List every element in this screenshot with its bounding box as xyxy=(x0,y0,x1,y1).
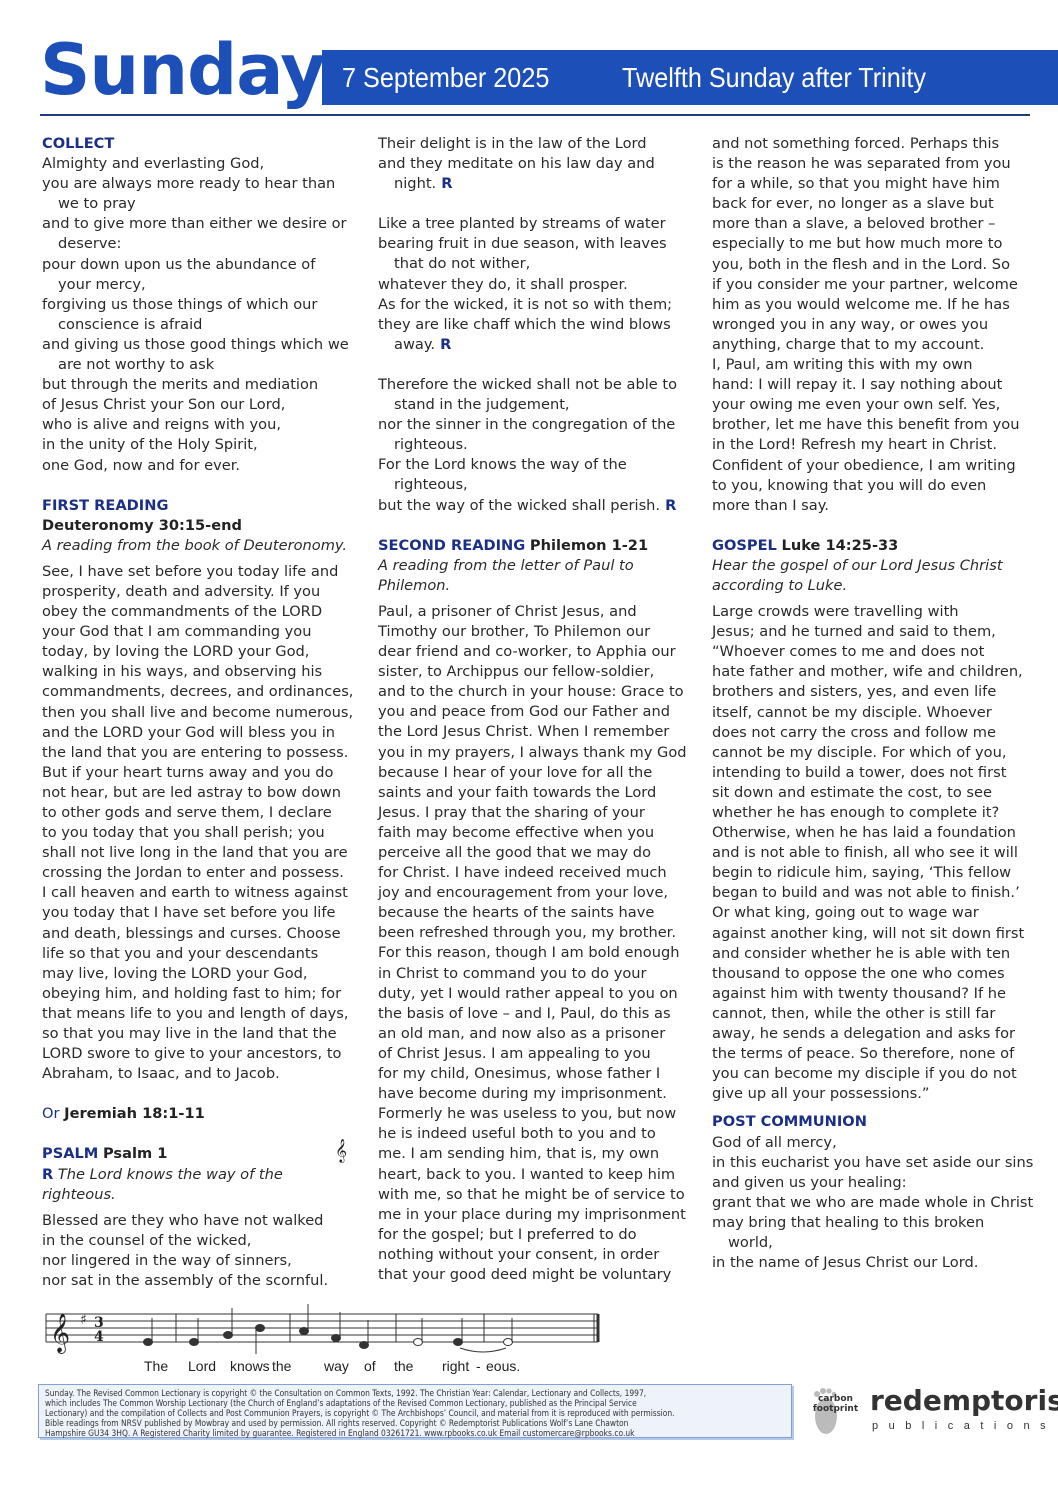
collect-line: forgiving us those things of which our xyxy=(42,295,367,315)
gospel-line: cannot be my disciple. For which of you, xyxy=(712,743,1032,763)
collect-line: one God, now and for ever. xyxy=(42,456,367,476)
reading-line: dear friend and co-worker, to Apphia our xyxy=(378,642,693,662)
liturgical-occasion: Twelfth Sunday after Trinity xyxy=(622,62,926,94)
second-reading-heading: SECOND READING xyxy=(378,537,525,554)
reading-line: today, by loving the LORD your God, xyxy=(42,642,367,662)
reading-line: crossing the Jordan to enter and possess… xyxy=(42,863,367,883)
reading-line: For this reason, though I am bold enough xyxy=(378,943,693,963)
alternative-reference: Jeremiah 18:1-11 xyxy=(64,1105,205,1122)
reading-line: joy and encouragement from your love, xyxy=(378,883,693,903)
psalm-stanza-3: Like a tree planted by streams of waterb… xyxy=(378,214,693,355)
collect-line: we to pray xyxy=(42,194,367,214)
reading-line: have become during my imprisonment. xyxy=(378,1084,693,1104)
gospel-intro-1: Hear the gospel of our Lord Jesus Christ xyxy=(712,556,1032,576)
music-staff-icon: 𝄞 ♯ 3 4 xyxy=(42,1300,602,1360)
collect-line: Almighty and everlasting God, xyxy=(42,154,367,174)
reading-line: heart, back to you. I wanted to keep him xyxy=(378,1165,693,1185)
lyric-word: Lord xyxy=(188,1358,216,1374)
first-reading-intro: A reading from the book of Deuteronomy. xyxy=(42,536,367,556)
column-1: COLLECT Almighty and everlasting God,you… xyxy=(42,134,367,1291)
reading-line: with me, so that he might be of service … xyxy=(378,1185,693,1205)
carbon-footprint-label: carbon footprint xyxy=(808,1394,863,1414)
collect-line: but through the merits and mediation xyxy=(42,375,367,395)
collect-line: conscience is afraid xyxy=(42,315,367,335)
gospel-line: cannot, then, while the other is still f… xyxy=(712,1004,1032,1024)
reading-line: of Christ Jesus. I am appealing to you xyxy=(378,1044,693,1064)
reading-line: because the hearts of the saints have xyxy=(378,903,693,923)
lyric-hyphen: - xyxy=(476,1358,481,1374)
copyright-line: Bible readings from NRSV published by Mo… xyxy=(45,1418,785,1428)
post-communion-text: God of all mercy,in this eucharist you h… xyxy=(712,1133,1032,1274)
lyric-word: right xyxy=(442,1358,469,1374)
second-reading-heading-row: SECOND READING Philemon 1-21 xyxy=(378,536,693,556)
response-text-2: righteous. xyxy=(42,1185,367,1205)
reading-line: wronged you in any way, or owes you xyxy=(712,315,1032,335)
reading-line: him as you would welcome me. If he has xyxy=(712,295,1032,315)
reading-line: obey the commandments of the LORD xyxy=(42,602,367,622)
psalm-line: righteous, xyxy=(378,475,693,495)
gospel-line: against another king, will not sit down … xyxy=(712,924,1032,944)
reading-line: the basis of love – and I, Paul, do this… xyxy=(378,1004,693,1024)
psalm-heading-row: PSALM Psalm 1 𝄞 xyxy=(42,1144,367,1164)
reading-line: prosperity, death and adversity. If you xyxy=(42,582,367,602)
reading-line: in Christ to command you to do your xyxy=(378,964,693,984)
psalm-stanza-2: Their delight is in the law of the Lorda… xyxy=(378,134,693,194)
gospel-line: you can become my disciple if you do not xyxy=(712,1064,1032,1084)
title-banner: 7 September 2025 Twelfth Sunday after Tr… xyxy=(322,50,1058,105)
reading-line: sister, to Archippus our fellow-soldier, xyxy=(378,662,693,682)
reading-line: anything, charge that to my account. xyxy=(712,335,1032,355)
reading-line: is the reason he was separated from you xyxy=(712,154,1032,174)
reading-line: you in my prayers, I always thank my God xyxy=(378,743,693,763)
reading-line: if you consider me your partner, welcome xyxy=(712,275,1032,295)
reading-line: your owing me even your own self. Yes, xyxy=(712,395,1032,415)
reading-line: LORD swore to give to your ancestors, to xyxy=(42,1044,367,1064)
response-marker: R xyxy=(42,1166,53,1183)
column-3: and not something forced. Perhaps thisis… xyxy=(712,134,1032,1273)
reading-line: life so that you and your descendants xyxy=(42,944,367,964)
reading-line: so that you may live in the land that th… xyxy=(42,1024,367,1044)
gospel-line: hate father and mother, wife and childre… xyxy=(712,662,1032,682)
prayer-line: in the name of Jesus Christ our Lord. xyxy=(712,1253,1032,1273)
gospel-line: does not carry the cross and follow me xyxy=(712,723,1032,743)
treble-clef-icon: 𝄞 xyxy=(335,1140,347,1160)
collect-line: in the unity of the Holy Spirit, xyxy=(42,435,367,455)
collect-heading: COLLECT xyxy=(42,134,367,154)
collect-line: pour down upon us the abundance of xyxy=(42,255,367,275)
publisher-logo: carbon footprint redemptorist publicatio… xyxy=(808,1384,1038,1444)
response-marker: R xyxy=(436,175,452,192)
psalm-verses-1: Blessed are they who have not walkedin t… xyxy=(42,1211,367,1291)
collect-line: who is alive and reigns with you, xyxy=(42,415,367,435)
collect-line: you are always more ready to hear than xyxy=(42,174,367,194)
day-title: Sunday xyxy=(40,30,325,110)
reading-line: me in your place during my imprisonment xyxy=(378,1205,693,1225)
reading-line: and the LORD your God will bless you in xyxy=(42,723,367,743)
reading-line: to you, knowing that you will do even xyxy=(712,476,1032,496)
reading-line: because I hear of your love for all the xyxy=(378,763,693,783)
gospel-line: whether he has enough to complete it? xyxy=(712,803,1032,823)
psalm-line: As for the wicked, it is not so with the… xyxy=(378,295,693,315)
second-reading-intro-2: Philemon. xyxy=(378,576,693,596)
publisher-name: redemptorist xyxy=(870,1384,1058,1417)
reading-line: an old man, and now also as a prisoner xyxy=(378,1024,693,1044)
service-date: 7 September 2025 xyxy=(342,62,549,94)
gospel-line: sit down and estimate the cost, to see xyxy=(712,783,1032,803)
first-reading-text: See, I have set before you today life an… xyxy=(42,562,367,1084)
response-marker: R xyxy=(660,497,676,514)
psalm-line: Blessed are they who have not walked xyxy=(42,1211,367,1231)
alternative-reading: Or Jeremiah 18:1-11 xyxy=(42,1104,367,1124)
reading-line: hand: I will repay it. I say nothing abo… xyxy=(712,375,1032,395)
reading-line: may live, loving the LORD your God, xyxy=(42,964,367,984)
reading-line: walking in his ways, and observing his xyxy=(42,662,367,682)
reading-line: commandments, decrees, and ordinances, xyxy=(42,682,367,702)
reading-line: Abraham, to Isaac, and to Jacob. xyxy=(42,1064,367,1084)
reading-line: Confident of your obedience, I am writin… xyxy=(712,456,1032,476)
reading-line: for the gospel; but I preferred to do xyxy=(378,1225,693,1245)
gospel-intro-2: according to Luke. xyxy=(712,576,1032,596)
reading-line: nothing without your consent, in order xyxy=(378,1245,693,1265)
reading-line: and to the church in your house: Grace t… xyxy=(378,682,693,702)
reading-line: that your good deed might be voluntary xyxy=(378,1265,693,1285)
alternative-prefix: Or xyxy=(42,1105,60,1122)
gospel-line: and consider whether he is able with ten xyxy=(712,944,1032,964)
reading-line: Timothy our brother, To Philemon our xyxy=(378,622,693,642)
second-reading-intro-1: A reading from the letter of Paul to xyxy=(378,556,693,576)
psalm-line: bearing fruit in due season, with leaves xyxy=(378,234,693,254)
reading-line: not hear, but are led astray to bow down xyxy=(42,783,367,803)
psalm-line: they are like chaff which the wind blows xyxy=(378,315,693,335)
reading-line: been refreshed through you, my brother. xyxy=(378,923,693,943)
second-reading-text-1: Paul, a prisoner of Christ Jesus, andTim… xyxy=(378,602,693,1285)
gospel-line: the terms of peace. So therefore, none o… xyxy=(712,1044,1032,1064)
reading-line: more than a slave, a beloved brother – xyxy=(712,214,1032,234)
svg-text:♯: ♯ xyxy=(80,1312,87,1328)
page-header: Sunday 7 September 2025 Twelfth Sunday a… xyxy=(40,36,1030,116)
psalm-response-music: 𝄞 ♯ 3 4 The Lord knows the way of the ri… xyxy=(42,1300,602,1380)
gospel-line: and is not able to finish, all who see i… xyxy=(712,843,1032,863)
reading-line: saints and your faith towards the Lord xyxy=(378,783,693,803)
psalm-line: Like a tree planted by streams of water xyxy=(378,214,693,234)
psalm-response: R The Lord knows the way of the xyxy=(42,1165,367,1185)
gospel-line: away, he sends a delegation and asks for xyxy=(712,1024,1032,1044)
prayer-line: and given us your healing: xyxy=(712,1173,1032,1193)
reading-line: But if your heart turns away and you do xyxy=(42,763,367,783)
copyright-line: Lectionary) and the compilation of Colle… xyxy=(45,1408,785,1418)
gospel-line: Jesus; and he turned and said to them, xyxy=(712,622,1032,642)
gospel-heading-row: GOSPEL Luke 14:25-33 xyxy=(712,536,1032,556)
psalm-line: night. R xyxy=(378,174,693,194)
collect-line: deserve: xyxy=(42,234,367,254)
psalm-line: and they meditate on his law day and xyxy=(378,154,693,174)
reading-line: and death, blessings and curses. Choose xyxy=(42,924,367,944)
reading-line: for Christ. I have indeed received much xyxy=(378,863,693,883)
psalm-line: For the Lord knows the way of the xyxy=(378,455,693,475)
reading-line: you today that I have set before you lif… xyxy=(42,903,367,923)
psalm-line: away. R xyxy=(378,335,693,355)
column-2: Their delight is in the law of the Lorda… xyxy=(378,134,693,1285)
first-reading-heading: FIRST READING xyxy=(42,496,367,516)
psalm-line: Their delight is in the law of the Lord xyxy=(378,134,693,154)
reading-line: to other gods and serve them, I declare xyxy=(42,803,367,823)
gospel-line: brothers and sisters, yes, and even life xyxy=(712,682,1032,702)
reading-line: shall not live long in the land that you… xyxy=(42,843,367,863)
reading-line: See, I have set before you today life an… xyxy=(42,562,367,582)
reading-line: duty, yet I would rather appeal to you o… xyxy=(378,984,693,1004)
reading-line: back for ever, no longer as a slave but xyxy=(712,194,1032,214)
lyric-word: the xyxy=(272,1358,291,1374)
prayer-line: may bring that healing to this broken xyxy=(712,1213,1032,1233)
copyright-notice: Sunday. The Revised Common Lectionary is… xyxy=(38,1384,792,1438)
gospel-line: “Whoever comes to me and does not xyxy=(712,642,1032,662)
second-reading-text-2: and not something forced. Perhaps thisis… xyxy=(712,134,1032,516)
lyric-word: The xyxy=(144,1358,168,1374)
reading-line: more than I say. xyxy=(712,496,1032,516)
post-communion-heading: POST COMMUNION xyxy=(712,1112,1032,1132)
collect-line: are not worthy to ask xyxy=(42,355,367,375)
reading-line: then you shall live and become numerous, xyxy=(42,703,367,723)
psalm-stanza-4: Therefore the wicked shall not be able t… xyxy=(378,375,693,516)
reading-line: especially to me but how much more to xyxy=(712,234,1032,254)
reading-line: that means life to you and length of day… xyxy=(42,1004,367,1024)
psalm-line: that do not wither, xyxy=(378,254,693,274)
reading-line: brother, let me have this benefit from y… xyxy=(712,415,1032,435)
lyric-word: the xyxy=(394,1358,413,1374)
lyric-word: way xyxy=(324,1358,349,1374)
psalm-line: stand in the judgement, xyxy=(378,395,693,415)
second-reading-reference: Philemon 1-21 xyxy=(530,537,648,554)
psalm-line: nor the sinner in the congregation of th… xyxy=(378,415,693,435)
first-reading-reference: Deuteronomy 30:15-end xyxy=(42,516,367,536)
reading-line: and not something forced. Perhaps this xyxy=(712,134,1032,154)
reading-line: the Lord Jesus Christ. When I remember xyxy=(378,722,693,742)
copyright-line: which includes The Common Worship Lectio… xyxy=(45,1398,785,1408)
prayer-line: world, xyxy=(712,1233,1032,1253)
psalm-line: righteous. xyxy=(378,435,693,455)
reading-line: Formerly he was useless to you, but now xyxy=(378,1104,693,1124)
psalm-heading: PSALM xyxy=(42,1145,98,1162)
gospel-line: thousand to oppose the one who comes xyxy=(712,964,1032,984)
psalm-reference: Psalm 1 xyxy=(103,1145,167,1162)
reading-line: faith may become effective when you xyxy=(378,823,693,843)
reading-line: you, both in the flesh and in the Lord. … xyxy=(712,255,1032,275)
gospel-line: Or what king, going out to wage war xyxy=(712,903,1032,923)
lyric-word: of xyxy=(364,1358,376,1374)
reading-line: for a while, so that you might have him xyxy=(712,174,1032,194)
lyric-word: knows xyxy=(230,1358,270,1374)
reading-line: Paul, a prisoner of Christ Jesus, and xyxy=(378,602,693,622)
gospel-line: intending to build a tower, does not fir… xyxy=(712,763,1032,783)
publisher-subtitle: publications xyxy=(872,1420,1056,1432)
reading-line: you and peace from God our Father and xyxy=(378,702,693,722)
reading-line: your God that I am commanding you xyxy=(42,622,367,642)
psalm-line: Therefore the wicked shall not be able t… xyxy=(378,375,693,395)
svg-text:𝄞: 𝄞 xyxy=(50,1313,70,1354)
gospel-reference: Luke 14:25-33 xyxy=(782,537,899,554)
collect-line: and to give more than either we desire o… xyxy=(42,214,367,234)
svg-text:4: 4 xyxy=(94,1329,104,1345)
gospel-line: itself, cannot be my disciple. Whoever xyxy=(712,703,1032,723)
reading-line: perceive all the good that we may do xyxy=(378,843,693,863)
reading-line: me. I am sending him, that is, my own xyxy=(378,1144,693,1164)
reading-line: Jesus. I pray that the sharing of your xyxy=(378,803,693,823)
reading-line: for my child, Onesimus, whose father I xyxy=(378,1064,693,1084)
copyright-line: Sunday. The Revised Common Lectionary is… xyxy=(45,1388,785,1398)
response-text-1: The Lord knows the way of the xyxy=(58,1166,283,1183)
gospel-line: Large crowds were travelling with xyxy=(712,602,1032,622)
gospel-line: against him with twenty thousand? If he xyxy=(712,984,1032,1004)
gospel-text: Large crowds were travelling withJesus; … xyxy=(712,602,1032,1104)
prayer-line: grant that we who are made whole in Chri… xyxy=(712,1193,1032,1213)
reading-line: to you today that you shall perish; you xyxy=(42,823,367,843)
psalm-line: in the counsel of the wicked, xyxy=(42,1231,367,1251)
psalm-line: nor sat in the assembly of the scornful. xyxy=(42,1271,367,1291)
gospel-line: give up all your possessions.” xyxy=(712,1084,1032,1104)
psalm-line: whatever they do, it shall prosper. xyxy=(378,275,693,295)
reading-line: I call heaven and earth to witness again… xyxy=(42,883,367,903)
reading-line: in the Lord! Refresh my heart in Christ. xyxy=(712,435,1032,455)
header-divider xyxy=(40,114,1030,116)
reading-line: he is indeed useful both to you and to xyxy=(378,1124,693,1144)
collect-line: of Jesus Christ your Son our Lord, xyxy=(42,395,367,415)
collect-text: Almighty and everlasting God,you are alw… xyxy=(42,154,367,476)
reading-line: the land that you are entering to posses… xyxy=(42,743,367,763)
copyright-line: Hampshire GU34 3HQ. A Registered Charity… xyxy=(45,1428,785,1438)
response-marker: R xyxy=(435,336,451,353)
reading-line: I, Paul, am writing this with my own xyxy=(712,355,1032,375)
collect-line: and giving us those good things which we xyxy=(42,335,367,355)
collect-line: your mercy, xyxy=(42,275,367,295)
psalm-line: nor lingered in the way of sinners, xyxy=(42,1251,367,1271)
gospel-line: began to build and was not able to finis… xyxy=(712,883,1032,903)
prayer-line: God of all mercy, xyxy=(712,1133,1032,1153)
psalm-line: but the way of the wicked shall perish. … xyxy=(378,496,693,516)
gospel-line: begin to ridicule him, saying, ‘This fel… xyxy=(712,863,1032,883)
gospel-heading: GOSPEL xyxy=(712,537,777,554)
reading-line: obeying him, and holding fast to him; fo… xyxy=(42,984,367,1004)
lyric-word: eous. xyxy=(486,1358,520,1374)
prayer-line: in this eucharist you have set aside our… xyxy=(712,1153,1032,1173)
gospel-line: Otherwise, when he has laid a foundation xyxy=(712,823,1032,843)
